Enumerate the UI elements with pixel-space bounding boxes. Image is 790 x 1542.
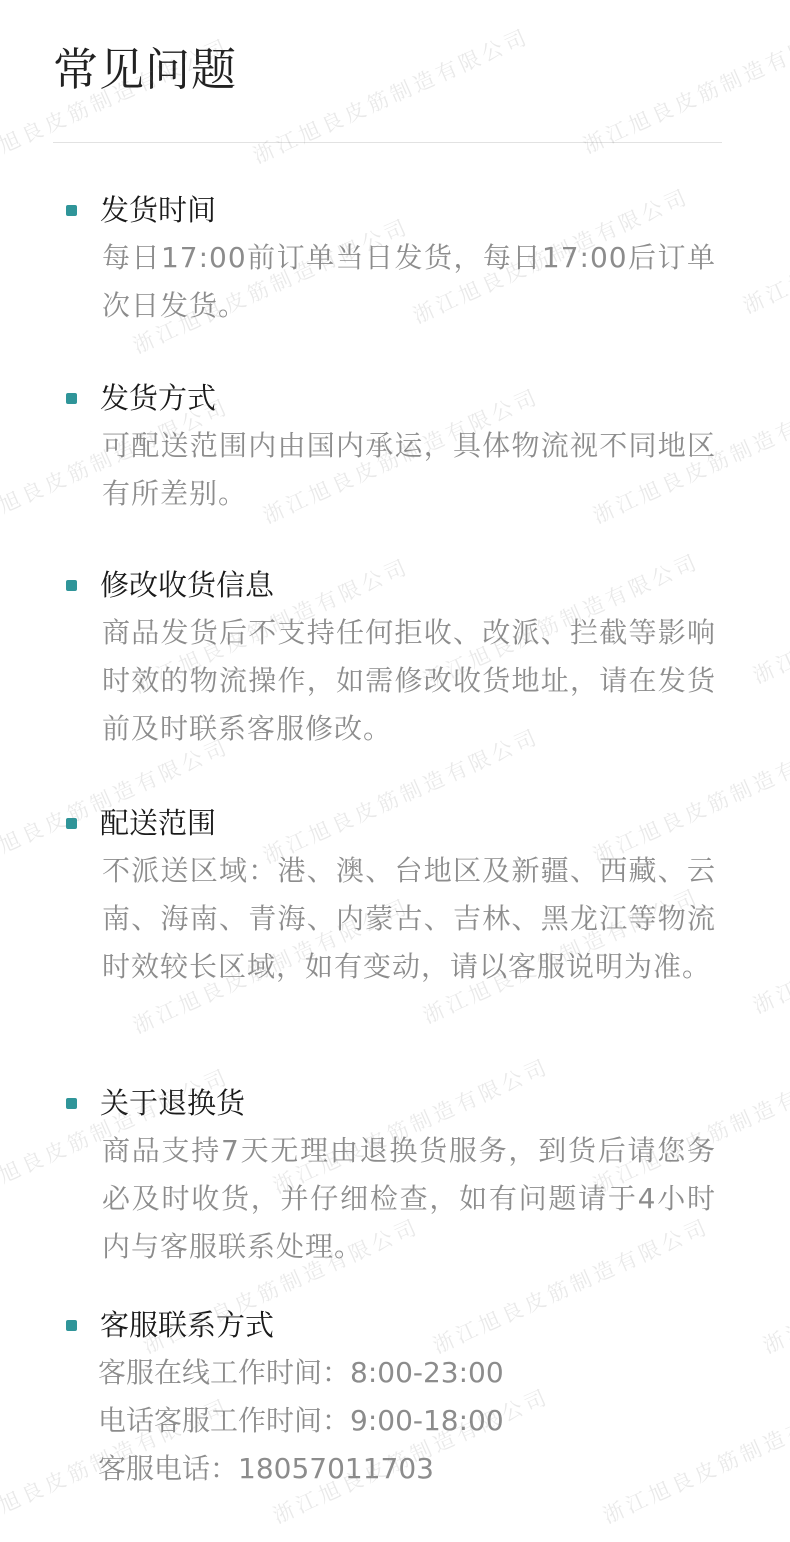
- watermark-text: 浙江旭良皮筋制造有限公司: [758, 1211, 790, 1360]
- faq-heading: 关于退换货: [100, 1081, 245, 1125]
- bullet-icon: [66, 393, 77, 404]
- faq-body: 每日17:00前订单当日发货，每日17:00后订单次日发货。: [102, 234, 716, 330]
- faq-heading: 发货方式: [100, 376, 216, 420]
- bullet-icon: [66, 1098, 77, 1109]
- faq-heading: 修改收货信息: [100, 563, 274, 607]
- watermark-text: 浙江旭良皮筋制造有限公司: [248, 21, 534, 170]
- faq-heading: 发货时间: [100, 188, 216, 232]
- contact-info-list: 客服在线工作时间：8:00-23:00 电话客服工作时间：9:00-18:00 …: [98, 1349, 718, 1493]
- bullet-icon: [66, 1320, 77, 1331]
- watermark-text: 浙江旭良皮筋制造有限公司: [738, 171, 790, 320]
- online-service-hours: 客服在线工作时间：8:00-23:00: [98, 1349, 718, 1397]
- faq-body: 可配送范围内由国内承运，具体物流视不同地区有所差别。: [102, 422, 716, 518]
- faq-heading: 客服联系方式: [100, 1303, 274, 1347]
- faq-body: 商品发货后不支持任何拒收、改派、拦截等影响时效的物流操作，如需修改收货地址，请在…: [102, 609, 716, 753]
- page-title: 常见问题: [53, 40, 237, 100]
- faq-heading: 配送范围: [100, 801, 216, 845]
- bullet-icon: [66, 205, 77, 216]
- faq-body: 商品支持7天无理由退换货服务，到货后请您务必及时收货，并仔细检查，如有问题请于4…: [102, 1127, 716, 1271]
- faq-body: 不派送区域：港、澳、台地区及新疆、西藏、云南、海南、青海、内蒙古、吉林、黑龙江等…: [102, 847, 716, 991]
- watermark-text: 浙江旭良皮筋制造有限公司: [748, 541, 790, 690]
- phone-service-hours: 电话客服工作时间：9:00-18:00: [98, 1397, 718, 1445]
- bullet-icon: [66, 818, 77, 829]
- service-phone-number: 客服电话：18057011703: [98, 1445, 718, 1493]
- title-divider: [53, 142, 722, 143]
- bullet-icon: [66, 580, 77, 591]
- watermark-text: 浙江旭良皮筋制造有限公司: [578, 11, 790, 160]
- watermark-text: 浙江旭良皮筋制造有限公司: [748, 871, 790, 1020]
